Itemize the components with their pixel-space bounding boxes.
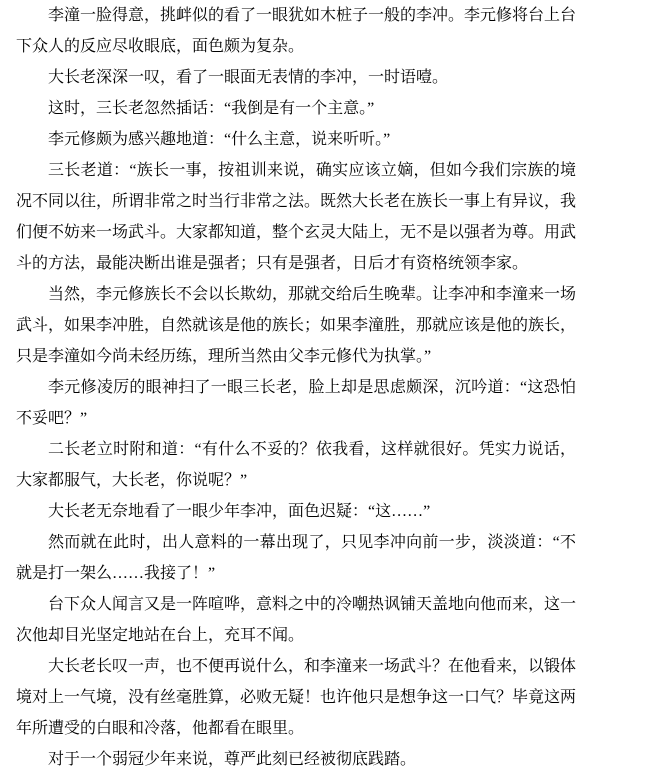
paragraph-10: 然而就在此时，出人意料的一幕出现了，只见李冲向前一步，淡淡道：“不就是打一架么…… (16, 527, 576, 589)
paragraph-11: 台下众人闻言又是一阵喧哗，意料之中的冷嘲热讽铺天盖地向他而来，这一次他却目光坚定… (16, 589, 576, 651)
paragraph-9: 大长老无奈地看了一眼少年李冲，面色迟疑：“这……” (16, 496, 576, 527)
paragraph-4: 李元修颇为感兴趣地道：“什么主意，说来听听。” (16, 124, 576, 155)
paragraph-5: 三长老道：“族长一事，按祖训来说，确实应该立嫡，但如今我们宗族的境况不同以往，所… (16, 155, 576, 279)
paragraph-3: 这时，三长老忽然插话：“我倒是有一个主意。” (16, 93, 576, 124)
paragraph-8: 二长老立时附和道：“有什么不妥的？依我看，这样就很好。凭实力说话，大家都服气，大… (16, 434, 576, 496)
novel-text-page: 李潼一脸得意，挑衅似的看了一眼犹如木桩子一般的李冲。李元修将台上台下众人的反应尽… (0, 0, 657, 777)
paragraph-12: 大长老长叹一声，也不便再说什么，和李潼来一场武斗？在他看来，以锻体境对上一气境，… (16, 651, 576, 744)
paragraph-2: 大长老深深一叹，看了一眼面无表情的李冲，一时语噎。 (16, 62, 576, 93)
paragraph-7: 李元修凌厉的眼神扫了一眼三长老，脸上却是思虑颇深，沉吟道：“这恐怕不妥吧？” (16, 372, 576, 434)
paragraph-6: 当然，李元修族长不会以长欺幼，那就交给后生晚辈。让李冲和李潼来一场武斗，如果李冲… (16, 279, 576, 372)
paragraph-1: 李潼一脸得意，挑衅似的看了一眼犹如木桩子一般的李冲。李元修将台上台下众人的反应尽… (16, 0, 576, 62)
paragraph-13: 对于一个弱冠少年来说，尊严此刻已经被彻底践踏。 (16, 744, 576, 775)
